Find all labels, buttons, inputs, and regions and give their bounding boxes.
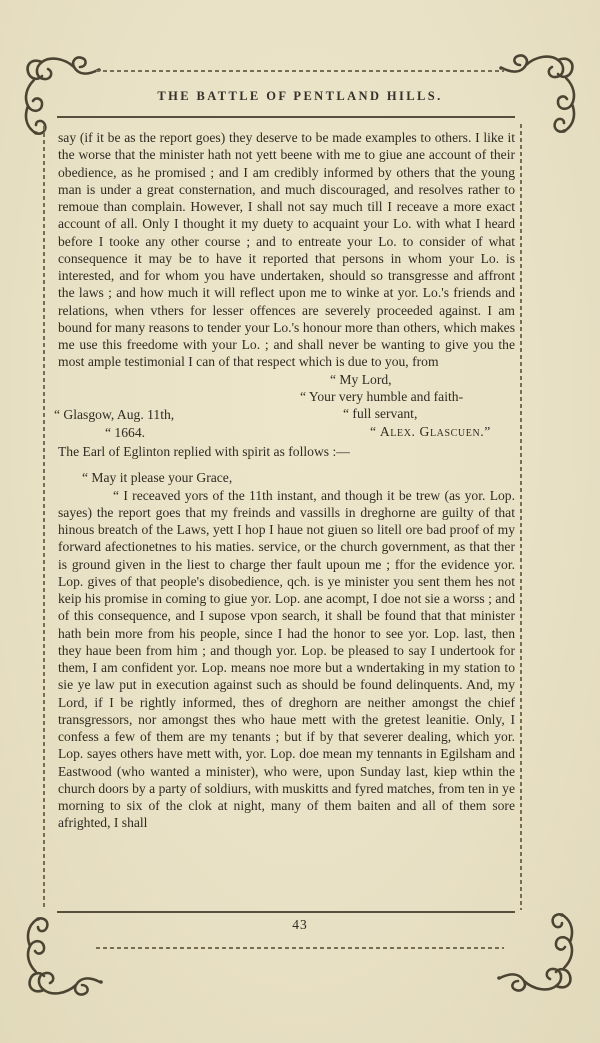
letter-eglinton-body: “ I receaved yors of the 11th instant, a…: [58, 487, 515, 832]
page-number: 43: [0, 917, 600, 933]
letter-eglinton-salutation: “ May it please your Grace,: [82, 469, 515, 486]
letter-glasgow-body: say (if it be as the report goes) they d…: [58, 129, 515, 371]
letter-glasgow-valediction-line2: “ full servant,: [343, 405, 417, 422]
letter-glasgow-valediction-line1: “ Your very humble and faith-: [300, 388, 515, 405]
footer-rule: [57, 911, 515, 913]
letter-glasgow-signature: “ Alex. Glascuen.”: [370, 423, 491, 440]
narrative-intro: The Earl of Eglinton replied with spirit…: [58, 443, 515, 460]
letter-glasgow-salutation: “ My Lord,: [330, 371, 515, 388]
page-text-block: say (if it be as the report goes) they d…: [58, 129, 515, 832]
letter-glasgow-place-date: “ Glasgow, Aug. 11th,: [54, 406, 174, 423]
letter-glasgow-signature-block: “ Glasgow, Aug. 11th, “ 1664. “ full ser…: [58, 405, 515, 443]
right-squiggle-border: [520, 124, 522, 910]
book-page-scan: THE BATTLE OF PENTLAND HILLS. say (if it…: [0, 0, 600, 1043]
letter-glasgow-year: “ 1664.: [105, 424, 145, 441]
header-rule: [57, 116, 515, 118]
left-squiggle-border: [43, 126, 45, 910]
running-head-title: THE BATTLE OF PENTLAND HILLS.: [0, 89, 600, 104]
top-squiggle-border: [96, 70, 504, 72]
bottom-squiggle-border: [96, 947, 504, 949]
